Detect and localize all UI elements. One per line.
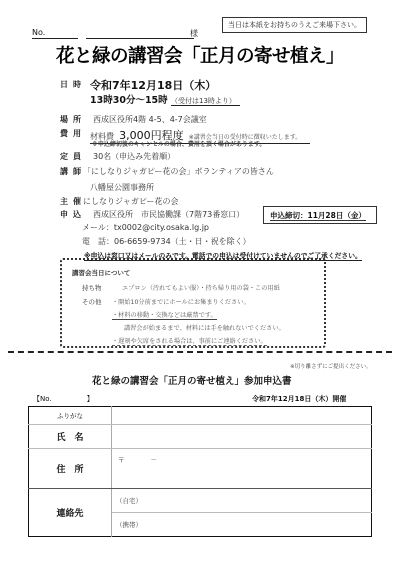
cut-note: ※切り離さずにご提出ください。 bbox=[290, 362, 372, 370]
deadline-box: 申込締切：11月28日（金） bbox=[263, 206, 377, 224]
home-phone-input[interactable]: （自宅） bbox=[112, 489, 372, 513]
date-value: 令和7年12月18日（木） bbox=[90, 77, 216, 93]
furigana-label: ふりがな bbox=[29, 407, 112, 425]
instructor-value-2: 八幡屋公園事務所 bbox=[90, 182, 154, 193]
organizer-value: にしなりジャガピー花の会 bbox=[83, 196, 179, 207]
place-label: 場所 bbox=[60, 114, 86, 125]
form-no-label: 【No. 】 bbox=[33, 394, 94, 404]
no-underline bbox=[32, 38, 78, 39]
time: 13時30分～15時 bbox=[90, 95, 168, 106]
address-label: 住 所 bbox=[29, 449, 112, 489]
no-field: No. bbox=[32, 28, 80, 37]
cut-line bbox=[8, 351, 392, 353]
name-row: 氏 名 bbox=[29, 425, 372, 449]
address-input[interactable]: 〒 － bbox=[112, 449, 372, 489]
page-title: 花と緑の講習会「正月の寄せ植え」 bbox=[56, 42, 344, 68]
apply-phone: 電 話：06-6659-9734（土・日・祝を除く） bbox=[82, 236, 251, 247]
furigana-row: ふりがな bbox=[29, 407, 372, 425]
name-label: 氏 名 bbox=[29, 425, 112, 449]
apply-label: 申込 bbox=[60, 209, 86, 220]
other-item-1: ・開始10分前までにホールにお集まりください。 bbox=[112, 297, 250, 306]
notice-box: 当日は本紙をお持ちのうえご来場下さい。 bbox=[222, 17, 367, 33]
contact-home-row: 連絡先 （自宅） bbox=[29, 489, 372, 513]
form-date: 令和7年12月18日（木）開催 bbox=[252, 394, 346, 404]
name-underline bbox=[86, 38, 194, 39]
date-label: 日時 bbox=[60, 79, 86, 90]
fee-label: 費用 bbox=[60, 128, 86, 139]
other-label: その他 bbox=[82, 297, 102, 306]
other-item-3: 講習会が始まるまで、材料には手を触れないでください。 bbox=[124, 323, 285, 332]
mobile-phone-input[interactable]: （携帯） bbox=[112, 513, 372, 537]
sama-label: 様 bbox=[190, 28, 198, 39]
cancel-note: ※申込締切後のキャンセルの場合、費用を頂く場合があります。 bbox=[92, 139, 265, 148]
bring-value: エプロン（汚れてもよい服）・持ち帰り用の袋・この用紙 bbox=[122, 283, 280, 292]
application-form-table: ふりがな 氏 名 住 所 〒 － 連絡先 （自宅） （携帯） bbox=[28, 406, 372, 537]
address-row: 住 所 〒 － bbox=[29, 449, 372, 489]
capacity-value: 30名（申込み先着順） bbox=[93, 151, 175, 162]
contact-label: 連絡先 bbox=[29, 489, 112, 537]
instructor-value: 「にしなりジャガピー花の会」ボランティアの皆さん bbox=[83, 166, 274, 177]
time-value: 13時30分～15時 （受付は13時より） bbox=[90, 92, 240, 106]
deadline-text: 申込締切：11月28日（金） bbox=[270, 211, 366, 221]
no-label: No. bbox=[32, 28, 45, 37]
apply-window: 西成区役所 市民協働課（7階73番窓口） bbox=[93, 209, 244, 220]
other-item-4: ・遅刻や欠席をされる場合は、事前にご連絡ください。 bbox=[112, 336, 267, 346]
furigana-input[interactable] bbox=[112, 407, 372, 425]
form-title: 花と緑の講習会「正月の寄せ植え」参加申込書 bbox=[92, 373, 292, 387]
reception-time: （受付は13時より） bbox=[171, 97, 240, 106]
bring-label: 持ち物 bbox=[82, 283, 102, 292]
apply-email[interactable]: メール：tx0002@city.osaka.lg.jp bbox=[82, 222, 209, 233]
capacity-label: 定員 bbox=[60, 151, 86, 162]
name-input[interactable] bbox=[112, 425, 372, 449]
day-info-heading: 講習会当日について bbox=[72, 268, 130, 277]
other-item-2: ・材料の移動・交換などは厳禁です。 bbox=[112, 310, 217, 320]
